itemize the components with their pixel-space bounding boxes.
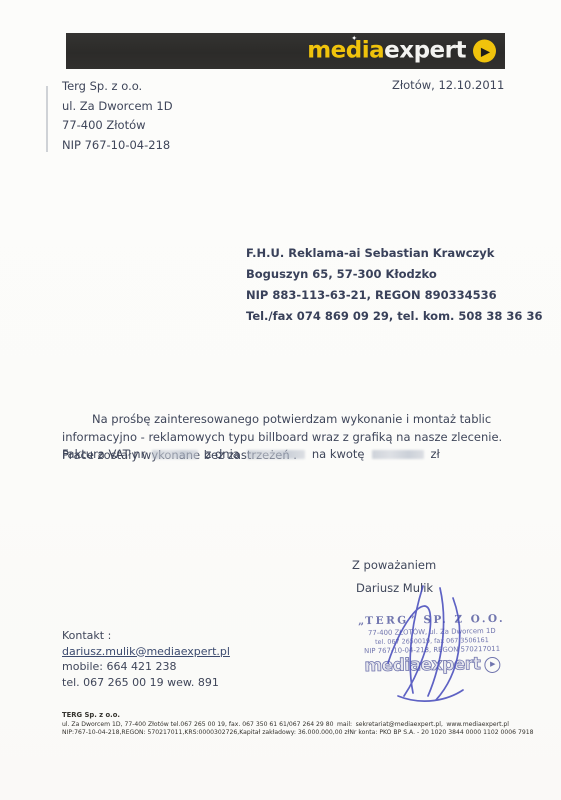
footer-bank-account: Nr konta: PKO BP S.A. - 20 1020 3844 000… — [349, 729, 533, 736]
recipient-address: Boguszyn 65, 57-300 Kłodzko — [246, 264, 542, 285]
footer-capital: Kapitał zakładowy: 36.000.000,00 zł — [239, 729, 349, 736]
contact-mobile: mobile: 664 421 238 — [62, 659, 230, 675]
invoice-label-amount: na kwotę — [312, 447, 365, 461]
company-stamp: „TERG” SP. Z O.O. 77-400 ZŁOTÓW, ul. Za … — [341, 612, 522, 675]
recipient-phones: Tel./fax 074 869 09 29, tel. kom. 508 38… — [246, 306, 542, 327]
invoice-label-nr: Faktura VAT nr — [62, 447, 145, 461]
redacted-invoice-amount — [372, 450, 424, 459]
recipient-address-block: F.H.U. Reklama-ai Sebastian Krawczyk Bog… — [246, 243, 542, 327]
scanned-letter-page: mediaexpert ✦ ▶ Terg Sp. z o.o. ul. Za D… — [0, 0, 561, 800]
contact-phone: tel. 067 265 00 19 wew. 891 — [62, 675, 230, 691]
stamp-nip-regon: NIP 767-10-04-218, REGON 570217011 — [342, 644, 522, 655]
invoice-label-currency: zł — [431, 447, 440, 461]
logo-star-icon: ✦ — [351, 36, 356, 43]
footer-nip: NIP:767-10-04-218, — [62, 729, 121, 736]
footer-krs: KRS:0000302726, — [184, 729, 239, 736]
contact-block: Kontakt : dariusz.mulik@mediaexpert.pl m… — [62, 628, 230, 690]
sender-street: ul. Za Dworcem 1D — [62, 97, 173, 117]
sender-address-block: Terg Sp. z o.o. ul. Za Dworcem 1D 77-400… — [62, 77, 173, 155]
invoice-line: Faktura VAT nr z dnia na kwotę zł — [62, 447, 440, 461]
footer-www: www.mediaexpert.pl — [446, 721, 509, 728]
stamp-mediaexpert-logo: mediaexpert ▶ — [342, 655, 522, 675]
header-logo-bar: mediaexpert ✦ ▶ — [66, 33, 505, 69]
stamp-logo-text: mediaexpert — [364, 656, 480, 675]
footer-legal-row: NIP:767-10-04-218, REGON: 570217011, KRS… — [62, 729, 509, 736]
sender-city: 77-400 Złotów — [62, 116, 173, 136]
sender-nip: NIP 767-10-04-218 — [62, 136, 173, 156]
logo-expert-text: expert — [384, 38, 466, 64]
redacted-invoice-date — [247, 450, 305, 459]
scan-artifact-line — [46, 86, 48, 152]
closing-signatory-name: Dariusz Mulik — [356, 581, 433, 595]
mediaexpert-logo: mediaexpert ✦ ▶ — [307, 40, 496, 63]
footer-address-tel-fax: ul. Za Dworcem 1D, 77-400 Złotów tel.067… — [62, 721, 333, 728]
letter-date: Złotów, 12.10.2011 — [392, 78, 504, 92]
invoice-label-date: z dnia — [205, 447, 240, 461]
recipient-name: F.H.U. Reklama-ai Sebastian Krawczyk — [246, 243, 542, 264]
mediaexpert-logo-text: mediaexpert ✦ — [307, 40, 466, 63]
footer-regon: REGON: 570217011, — [121, 729, 184, 736]
footer-mail: sekretariat@mediaexpert.pl, — [356, 721, 443, 728]
stamp-play-icon: ▶ — [490, 661, 496, 668]
contact-label: Kontakt : — [62, 628, 230, 644]
footer-company-name: TERG Sp. z o.o. — [62, 711, 509, 719]
footer-block: TERG Sp. z o.o. ul. Za Dworcem 1D, 77-40… — [62, 711, 509, 736]
play-circle-icon: ▶ — [473, 40, 496, 63]
contact-email: dariusz.mulik@mediaexpert.pl — [62, 644, 230, 660]
sender-company: Terg Sp. z o.o. — [62, 77, 173, 97]
recipient-nip-regon: NIP 883-113-63-21, REGON 890334536 — [246, 285, 542, 306]
footer-contact-row: ul. Za Dworcem 1D, 77-400 Złotów tel.067… — [62, 721, 509, 728]
stamp-play-circle-icon: ▶ — [484, 656, 500, 672]
footer-mail-label: mail: — [337, 721, 352, 728]
logo-media-text: media — [307, 38, 384, 64]
redacted-invoice-number — [152, 450, 198, 459]
closing-salutation: Z poważaniem — [352, 558, 436, 572]
play-icon: ▶ — [481, 45, 490, 57]
stamp-company-name: „TERG” SP. Z O.O. — [341, 612, 521, 627]
